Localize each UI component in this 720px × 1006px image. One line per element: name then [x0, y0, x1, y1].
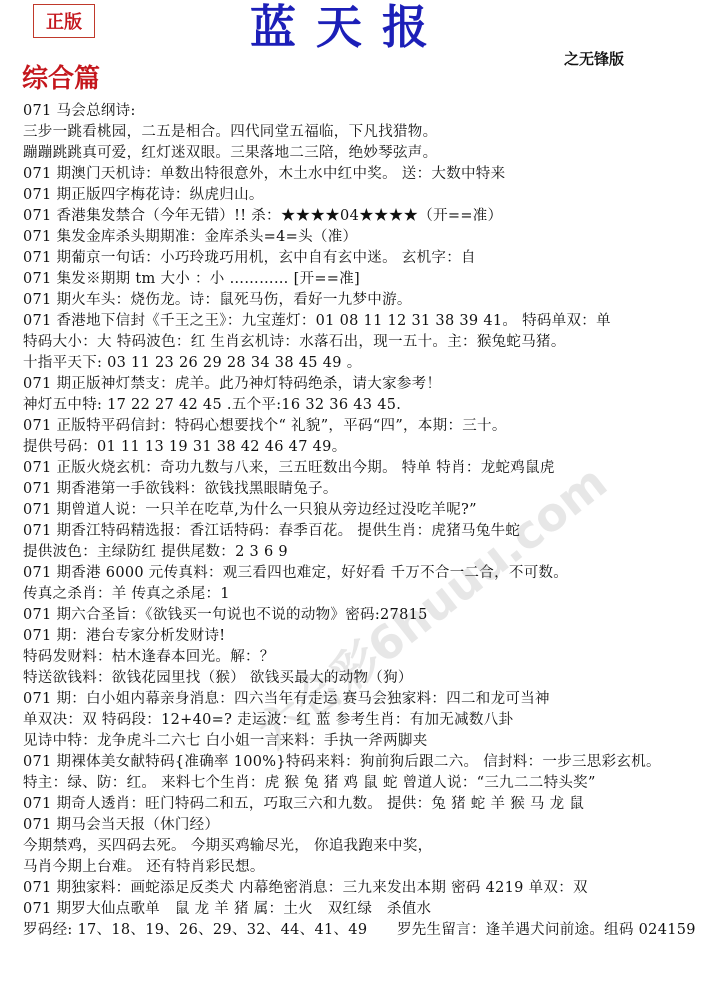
text-line: 071 期火车头：烧伤龙。诗：鼠死马伤，看好一九梦中游。 — [23, 290, 713, 311]
text-line: 蹦蹦跳跳真可爱，红灯迷双眼。三果落地二三陪，绝妙琴弦声。 — [23, 143, 713, 164]
text-line: 071 期独家料：画蛇添足反类犬 内幕绝密消息：三九来发出本期 密码 4219 … — [23, 878, 713, 899]
text-line: 071 期马会当天报（休门经） — [23, 815, 713, 836]
text-line: 071 期澳门天机诗：单数出特很意外，木土水中红中奖。 送：大数中特来 — [23, 164, 713, 185]
text-line: 特送欲钱料：欲钱花园里找（猴） 欲钱买最大的动物（狗） — [23, 668, 713, 689]
text-line: 071 期罗大仙点歌单 鼠 龙 羊 猪 属：土火 双红绿 杀值水 — [23, 899, 713, 920]
text-line: 罗码经: 17、18、19、26、29、32、44、41、49 罗先生留言：逢羊… — [23, 920, 713, 941]
text-line: 提供号码：01 11 13 19 31 38 42 46 47 49。 — [23, 437, 713, 458]
text-line: 071 期：港台专家分析发财诗! — [23, 626, 713, 647]
edition-subtitle: 之无锋版 — [564, 48, 624, 69]
newspaper-title: 蓝天报 — [250, 2, 450, 52]
text-line: 071 期曾道人说：一只羊在吃草,为什么一只狼从旁边经过没吃羊呢?” — [23, 500, 713, 521]
text-line: 单双决：双 特码段：12+40=? 走运波：红 蓝 参考生肖：有加无减数八卦 — [23, 710, 713, 731]
text-line: 071 正版特平码信封：特码心想要找个“ 礼貌”，平码“四”，本期：三十。 — [23, 416, 713, 437]
text-line: 传真之杀肖：羊 传真之杀尾：1 — [23, 584, 713, 605]
text-line: 071 期：白小姐内幕亲身消息：四六当年有走运 赛马会独家料：四二和龙可当神 — [23, 689, 713, 710]
text-line: 071 期正版神灯禁支：虎羊。此乃神灯特码绝杀，请大家参考！ — [23, 374, 713, 395]
text-line: 三步一跳看桃园，二五是相合。四代同堂五福临，下凡找猎物。 — [23, 122, 713, 143]
text-line: 071 香港地下信封《千王之王》：九宝莲灯：01 08 11 12 31 38 … — [23, 311, 713, 332]
text-line: 神灯五中特: 17 22 27 42 45 .五个平:16 32 36 43 4… — [23, 395, 713, 416]
text-line: 特码大小：大 特码波色：红 生肖玄机诗：水落石出，现一五十。主：猴兔蛇马猪。 — [23, 332, 713, 353]
authentic-edition-badge: 正版 — [33, 4, 95, 38]
text-line: 特码发财料：枯木逢春本回光。解：？ — [23, 647, 713, 668]
text-line: 071 集发金库杀头期期准：金库杀头=4=头（准） — [23, 227, 713, 248]
text-line: 071 香港集发禁合（今年无错）!! 杀：★★★★04★★★★（开==准） — [23, 206, 713, 227]
text-line: 071 期正版四字梅花诗：纵虎归山。 — [23, 185, 713, 206]
text-line: 马肖今期上台难。 还有特肖彩民想。 — [23, 857, 713, 878]
text-line: 见诗中特：龙争虎斗二六七 白小姐一言来料：手执一斧两脚夹 — [23, 731, 713, 752]
text-line: 071 正版火烧玄机：奇功九数与八来，三五旺数出今期。 特单 特肖：龙蛇鸡鼠虎 — [23, 458, 713, 479]
text-line: 071 期奇人透肖：旺门特码二和五，巧取三六和九数。 提供：兔 猪 蛇 羊 猴 … — [23, 794, 713, 815]
text-line: 特主：绿、防：红。 来料七个生肖：虎 猴 兔 猪 鸡 鼠 蛇 曾道人说：“三九二… — [23, 773, 713, 794]
text-line: 071 期葡京一句话：小巧玲珑巧用机，玄中自有玄中迷。 玄机字：自 — [23, 248, 713, 269]
text-line: 071 期香港 6000 元传真料：观三看四也难定，好好看 千万不合一二合，不可… — [23, 563, 713, 584]
text-line: 071 期裸体美女献特码{准确率 100%}特码来料：狗前狗后跟二六。 信封料：… — [23, 752, 713, 773]
article-body: 071 马会总纲诗: 三步一跳看桃园，二五是相合。四代同堂五福临，下凡找猎物。 … — [23, 101, 713, 941]
text-line: 071 期六合圣旨：《欲钱买一句说也不说的动物》密码:27815 — [23, 605, 713, 626]
text-line: 071 期香江特码精选报：香江话特码：春季百花。 提供生肖：虎猪马兔牛蛇 — [23, 521, 713, 542]
text-line: 提供波色：主绿防红 提供尾数：2 3 6 9 — [23, 542, 713, 563]
text-line: 今期禁鸡，买四码去死。 今期买鸡输尽光， 你追我跑来中奖， — [23, 836, 713, 857]
section-heading: 综合篇 — [22, 58, 100, 95]
text-line: 十指平天下: 03 11 23 26 29 28 34 38 45 49 。 — [23, 353, 713, 374]
text-line: 071 期香港第一手欲钱料：欲钱找黑眼睛兔子。 — [23, 479, 713, 500]
text-line: 071 集发※期期 tm 大小 ：小 ………… [开==准] — [23, 269, 713, 290]
text-line: 071 马会总纲诗: — [23, 101, 713, 122]
